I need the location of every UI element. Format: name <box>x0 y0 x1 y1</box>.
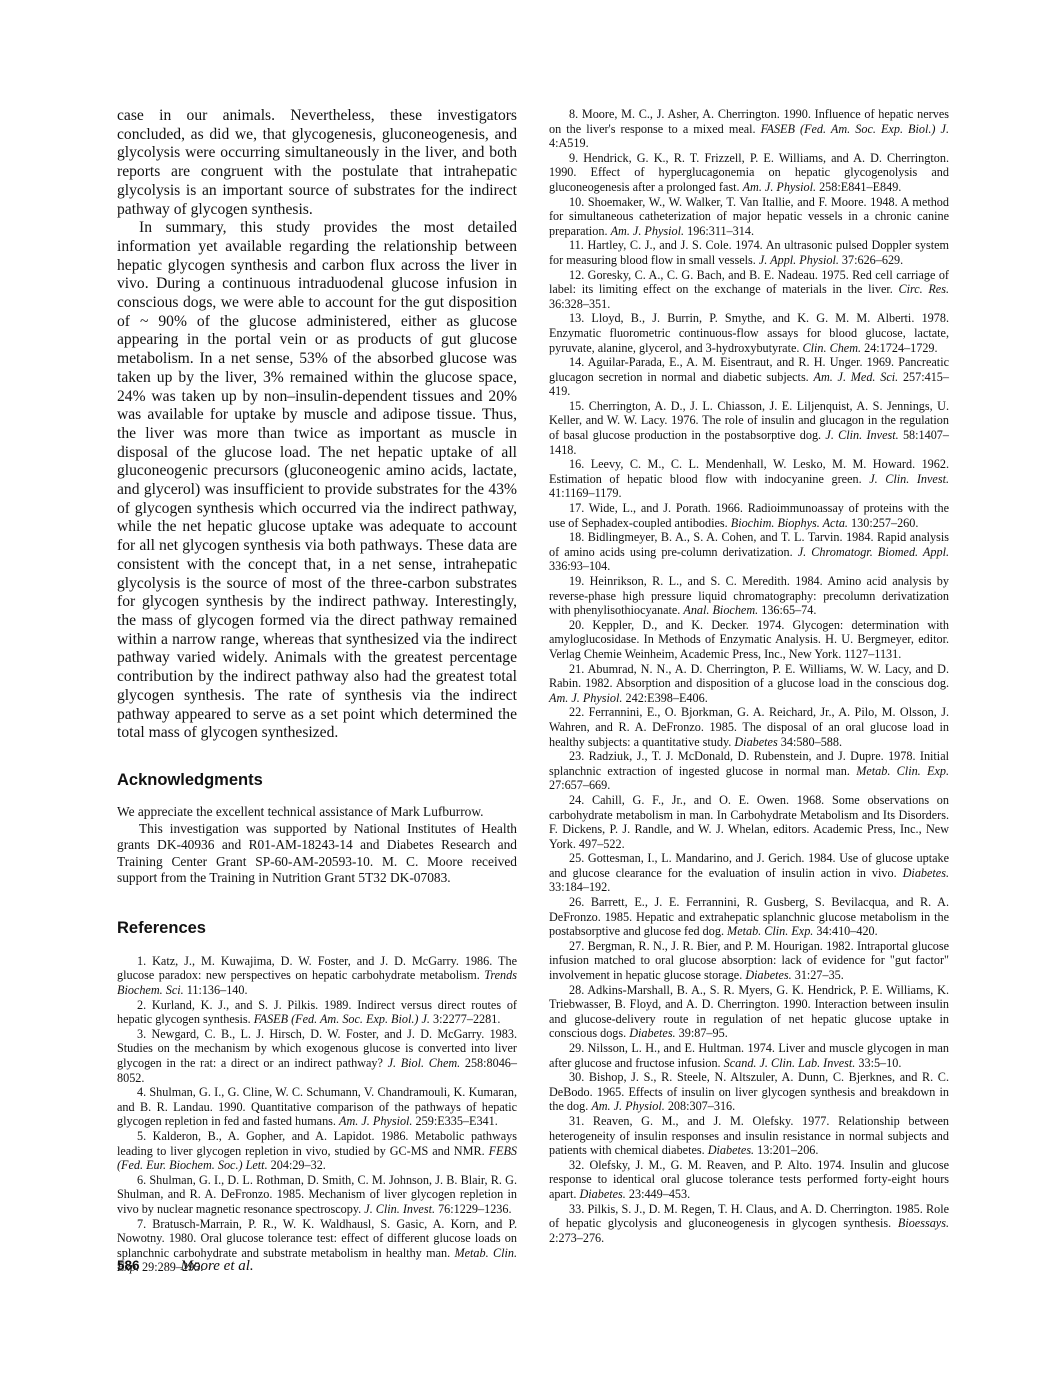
reference-item: 14. Aguilar-Parada, E., A. M. Eisentraut… <box>549 355 949 399</box>
reference-journal: Metab. Clin. Exp. <box>856 764 949 778</box>
reference-item: 20. Keppler, D., and K. Decker. 1974. Gl… <box>549 618 949 662</box>
reference-text: 1. Katz, J., M. Kuwajima, D. W. Foster, … <box>117 954 517 983</box>
reference-citation: 204:29–32. <box>268 1158 326 1172</box>
reference-journal: Am. J. Med. Sci. <box>814 370 899 384</box>
reference-journal: J. Clin. Invest. <box>825 428 898 442</box>
acknowledgment-paragraph: We appreciate the excellent technical as… <box>117 804 517 821</box>
reference-journal: J. Biol. Chem. <box>388 1056 461 1070</box>
reference-journal: J. Clin. Invest. <box>869 472 949 486</box>
reference-citation: 34:410–420. <box>813 924 877 938</box>
reference-text: 33. Pilkis, S. J., D. M. Regen, T. H. Cl… <box>549 1202 949 1231</box>
reference-text: 28. Adkins-Marshall, B. A., S. R. Myers,… <box>549 983 949 1041</box>
reference-item: 8. Moore, M. C., J. Asher, A. Cherringto… <box>549 107 949 151</box>
reference-citation: 208:307–316. <box>665 1099 735 1113</box>
reference-citation: 33:5–10. <box>855 1056 901 1070</box>
reference-citation: 41:1169–1179. <box>549 486 622 500</box>
reference-citation: 259:E335–E341. <box>412 1114 497 1128</box>
reference-citation: 31:27–35. <box>792 968 844 982</box>
reference-journal: FASEB (Fed. Am. Soc. Exp. Biol.) J. <box>761 122 949 136</box>
reference-text: 24. Cahill, G. F., Jr., and O. E. Owen. … <box>549 793 949 851</box>
reference-citation: 2:273–276. <box>549 1231 604 1245</box>
reference-item: 9. Hendrick, G. K., R. T. Frizzell, P. E… <box>549 151 949 195</box>
funding-paragraph: This investigation was supported by Nati… <box>117 821 517 887</box>
reference-citation: 3:2277–2281. <box>430 1012 500 1026</box>
reference-item: 29. Nilsson, L. H., and E. Hultman. 1974… <box>549 1041 949 1070</box>
right-column: 8. Moore, M. C., J. Asher, A. Cherringto… <box>549 107 949 1245</box>
reference-journal: J. Chromatogr. Biomed. Appl. <box>798 545 949 559</box>
reference-item: 23. Radziuk, J., T. J. McDonald, D. Rube… <box>549 749 949 793</box>
reference-item: 26. Barrett, E., J. E. Ferrannini, R. Gu… <box>549 895 949 939</box>
reference-item: 1. Katz, J., M. Kuwajima, D. W. Foster, … <box>117 954 517 998</box>
reference-citation: 76:1229–1236. <box>435 1202 512 1216</box>
reference-item: 24. Cahill, G. F., Jr., and O. E. Owen. … <box>549 793 949 851</box>
summary-paragraph: In summary, this study provides the most… <box>117 219 517 743</box>
reference-item: 11. Hartley, C. J., and J. S. Cole. 1974… <box>549 238 949 267</box>
reference-citation: 23:449–453. <box>626 1187 690 1201</box>
reference-list-left: 1. Katz, J., M. Kuwajima, D. W. Foster, … <box>117 954 517 1275</box>
reference-text: 5. Kalderon, B., A. Gopher, and A. Lapid… <box>117 1129 517 1158</box>
reference-citation: 11:136–140. <box>184 983 248 997</box>
reference-citation: 258:E841–E849. <box>816 180 901 194</box>
reference-citation: 39:87–95. <box>676 1026 728 1040</box>
reference-journal: J. Appl. Physiol. <box>759 253 839 267</box>
reference-item: 25. Gottesman, I., L. Mandarino, and J. … <box>549 851 949 895</box>
reference-journal: Circ. Res. <box>898 282 949 296</box>
references-heading: References <box>117 919 517 938</box>
reference-list-right: 8. Moore, M. C., J. Asher, A. Cherringto… <box>549 107 949 1245</box>
reference-citation: 33:184–192. <box>549 880 610 894</box>
reference-citation: 27:657–669. <box>549 778 610 792</box>
reference-citation: 24:1724–1729. <box>861 341 938 355</box>
reference-item: 21. Abumrad, N. N., A. D. Cherrington, P… <box>549 662 949 706</box>
reference-journal: J. Clin. Invest. <box>364 1202 435 1216</box>
reference-item: 5. Kalderon, B., A. Gopher, and A. Lapid… <box>117 1129 517 1173</box>
reference-item: 30. Bishop, J. S., R. Steele, N. Altszul… <box>549 1070 949 1114</box>
left-column: case in our animals. Nevertheless, these… <box>117 107 517 1275</box>
reference-journal: Am. J. Physiol. <box>591 1099 664 1113</box>
reference-journal: Diabetes. <box>745 968 791 982</box>
page-number: 586 <box>117 1258 177 1273</box>
reference-item: 10. Shoemaker, W., W. Walker, T. Van Ita… <box>549 195 949 239</box>
reference-journal: Am. J. Physiol. <box>743 180 816 194</box>
reference-citation: 130:257–260. <box>848 516 918 530</box>
reference-item: 22. Ferrannini, E., O. Bjorkman, G. A. R… <box>549 705 949 749</box>
reference-item: 27. Bergman, R. N., J. R. Bier, and P. M… <box>549 939 949 983</box>
reference-journal: Metab. Clin. Exp. <box>727 924 813 938</box>
reference-item: 31. Reaven, G. M., and J. M. Olefsky. 19… <box>549 1114 949 1158</box>
reference-journal: Am. J. Physiol. <box>611 224 684 238</box>
reference-item: 15. Cherrington, A. D., J. L. Chiasson, … <box>549 399 949 457</box>
reference-journal: Am. J. Physiol. <box>339 1114 412 1128</box>
reference-journal: Diabetes. <box>629 1026 675 1040</box>
reference-journal: Diabetes. <box>579 1187 625 1201</box>
reference-item: 17. Wide, L., and J. Porath. 1966. Radio… <box>549 501 949 530</box>
acknowledgments-heading: Acknowledgments <box>117 771 517 790</box>
reference-item: 32. Olefsky, J. M., G. M. Reaven, and P.… <box>549 1158 949 1202</box>
page-footer: 586 Moore et al. <box>117 1258 254 1275</box>
reference-item: 19. Heinrikson, R. L., and S. C. Meredit… <box>549 574 949 618</box>
reference-journal: Diabetes. <box>708 1143 754 1157</box>
reference-journal: Scand. J. Clin. Lab. Invest. <box>724 1056 856 1070</box>
reference-journal: Diabetes <box>734 735 777 749</box>
reference-citation: 136:65–74. <box>758 603 816 617</box>
reference-citation: 196:311–314. <box>684 224 754 238</box>
body-paragraph: case in our animals. Nevertheless, these… <box>117 107 517 219</box>
reference-item: 16. Leevy, C. M., C. L. Mendenhall, W. L… <box>549 457 949 501</box>
reference-citation: 13:201–206. <box>754 1143 818 1157</box>
reference-citation: 242:E398–E406. <box>622 691 707 705</box>
reference-item: 2. Kurland, K. J., and S. J. Pilkis. 198… <box>117 998 517 1027</box>
reference-text: 12. Goresky, C. A., C. G. Bach, and B. E… <box>549 268 949 297</box>
reference-text: 21. Abumrad, N. N., A. D. Cherrington, P… <box>549 662 949 691</box>
reference-text: 25. Gottesman, I., L. Mandarino, and J. … <box>549 851 949 880</box>
running-head: Moore et al. <box>181 1258 254 1274</box>
reference-item: 33. Pilkis, S. J., D. M. Regen, T. H. Cl… <box>549 1202 949 1246</box>
reference-journal: Clin. Chem. <box>802 341 861 355</box>
reference-journal: Am. J. Physiol. <box>549 691 622 705</box>
reference-item: 18. Bidlingmeyer, B. A., S. A. Cohen, an… <box>549 530 949 574</box>
reference-citation: 336:93–104. <box>549 559 610 573</box>
reference-journal: Bioessays. <box>898 1216 949 1230</box>
reference-item: 6. Shulman, G. I., D. L. Rothman, D. Smi… <box>117 1173 517 1217</box>
reference-citation: 4:A519. <box>549 136 589 150</box>
reference-item: 12. Goresky, C. A., C. G. Bach, and B. E… <box>549 268 949 312</box>
reference-text: 20. Keppler, D., and K. Decker. 1974. Gl… <box>549 618 949 661</box>
reference-item: 28. Adkins-Marshall, B. A., S. R. Myers,… <box>549 983 949 1041</box>
reference-journal: Biochim. Biophys. Acta. <box>731 516 848 530</box>
reference-citation: 36:328–351. <box>549 297 610 311</box>
reference-journal: FASEB (Fed. Am. Soc. Exp. Biol.) J. <box>254 1012 430 1026</box>
reference-citation: 37:626–629. <box>839 253 903 267</box>
reference-item: 3. Newgard, C. B., L. J. Hirsch, D. W. F… <box>117 1027 517 1085</box>
reference-journal: Anal. Biochem. <box>683 603 758 617</box>
reference-item: 13. Lloyd, B., J. Burrin, P. Smythe, and… <box>549 311 949 355</box>
reference-citation: 34:580–588. <box>778 735 842 749</box>
reference-item: 4. Shulman, G. I., G. Cline, W. C. Schum… <box>117 1085 517 1129</box>
reference-journal: Diabetes. <box>903 866 949 880</box>
